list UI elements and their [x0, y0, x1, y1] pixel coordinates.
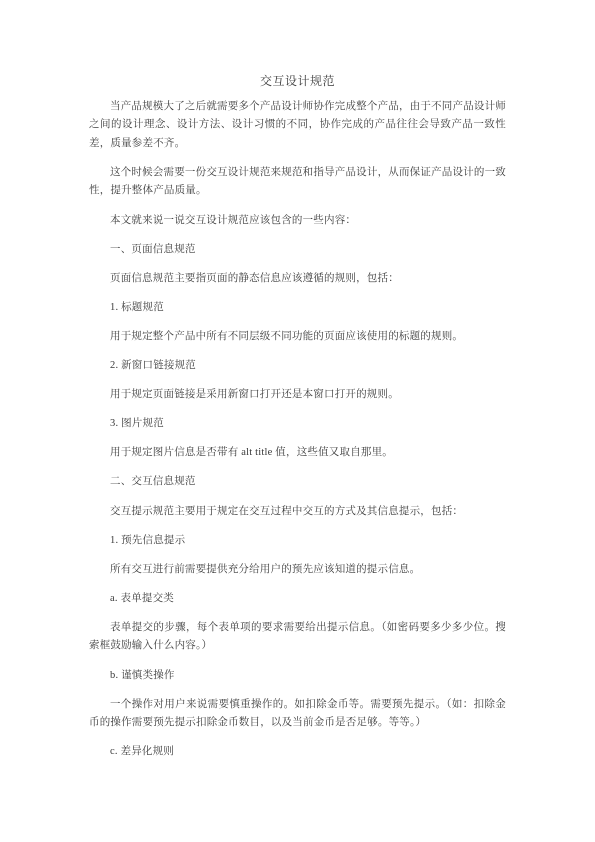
document-title: 交互设计规范: [89, 72, 506, 91]
paragraph: 交互提示规范主要用于规定在交互过程中交互的方式及其信息提示，包括：: [89, 503, 506, 522]
paragraph: 本文就来说一说交互设计规范应该包含的一些内容：: [89, 212, 506, 231]
paragraph: 当产品规模大了之后就需要多个产品设计师协作完成整个产品，由于不同产品设计师之间的…: [89, 98, 506, 154]
paragraph: 3. 图片规范: [89, 415, 506, 434]
paragraph: 这个时候会需要一份交互设计规范来规范和指导产品设计，从而保证产品设计的一致性，提…: [89, 164, 506, 201]
paragraph: 1. 标题规范: [89, 299, 506, 318]
paragraph: 表单提交的步骤，每个表单项的要求需要给出提示信息。（如密码要多少多少位。搜索框鼓…: [89, 619, 506, 656]
paragraph: 一个操作对用户来说需要慎重操作的。如扣除金币等。需要预先提示。（如：扣除金币的操…: [89, 696, 506, 733]
paragraph: c. 差异化规则: [89, 743, 506, 762]
paragraph: 2. 新窗口链接规范: [89, 357, 506, 376]
paragraph: 所有交互进行前需要提供充分给用户的预先应该知道的提示信息。: [89, 561, 506, 580]
section-heading: 二、交互信息规范: [89, 473, 506, 492]
document-body: 当产品规模大了之后就需要多个产品设计师协作完成整个产品，由于不同产品设计师之间的…: [89, 98, 506, 762]
paragraph: 1. 预先信息提示: [89, 532, 506, 551]
paragraph: 页面信息规范主要指页面的静态信息应该遵循的规则，包括：: [89, 270, 506, 289]
paragraph: 用于规定页面链接是采用新窗口打开还是本窗口打开的规则。: [89, 386, 506, 405]
document-page: 交互设计规范 当产品规模大了之后就需要多个产品设计师协作完成整个产品，由于不同产…: [0, 0, 595, 842]
paragraph: 用于规定图片信息是否带有 alt title 值，这些值又取自那里。: [89, 444, 506, 463]
paragraph: 用于规定整个产品中所有不同层级不同功能的页面应该使用的标题的规则。: [89, 328, 506, 347]
paragraph: a. 表单提交类: [89, 590, 506, 609]
section-heading: 一、页面信息规范: [89, 241, 506, 260]
paragraph: b. 谨慎类操作: [89, 667, 506, 686]
